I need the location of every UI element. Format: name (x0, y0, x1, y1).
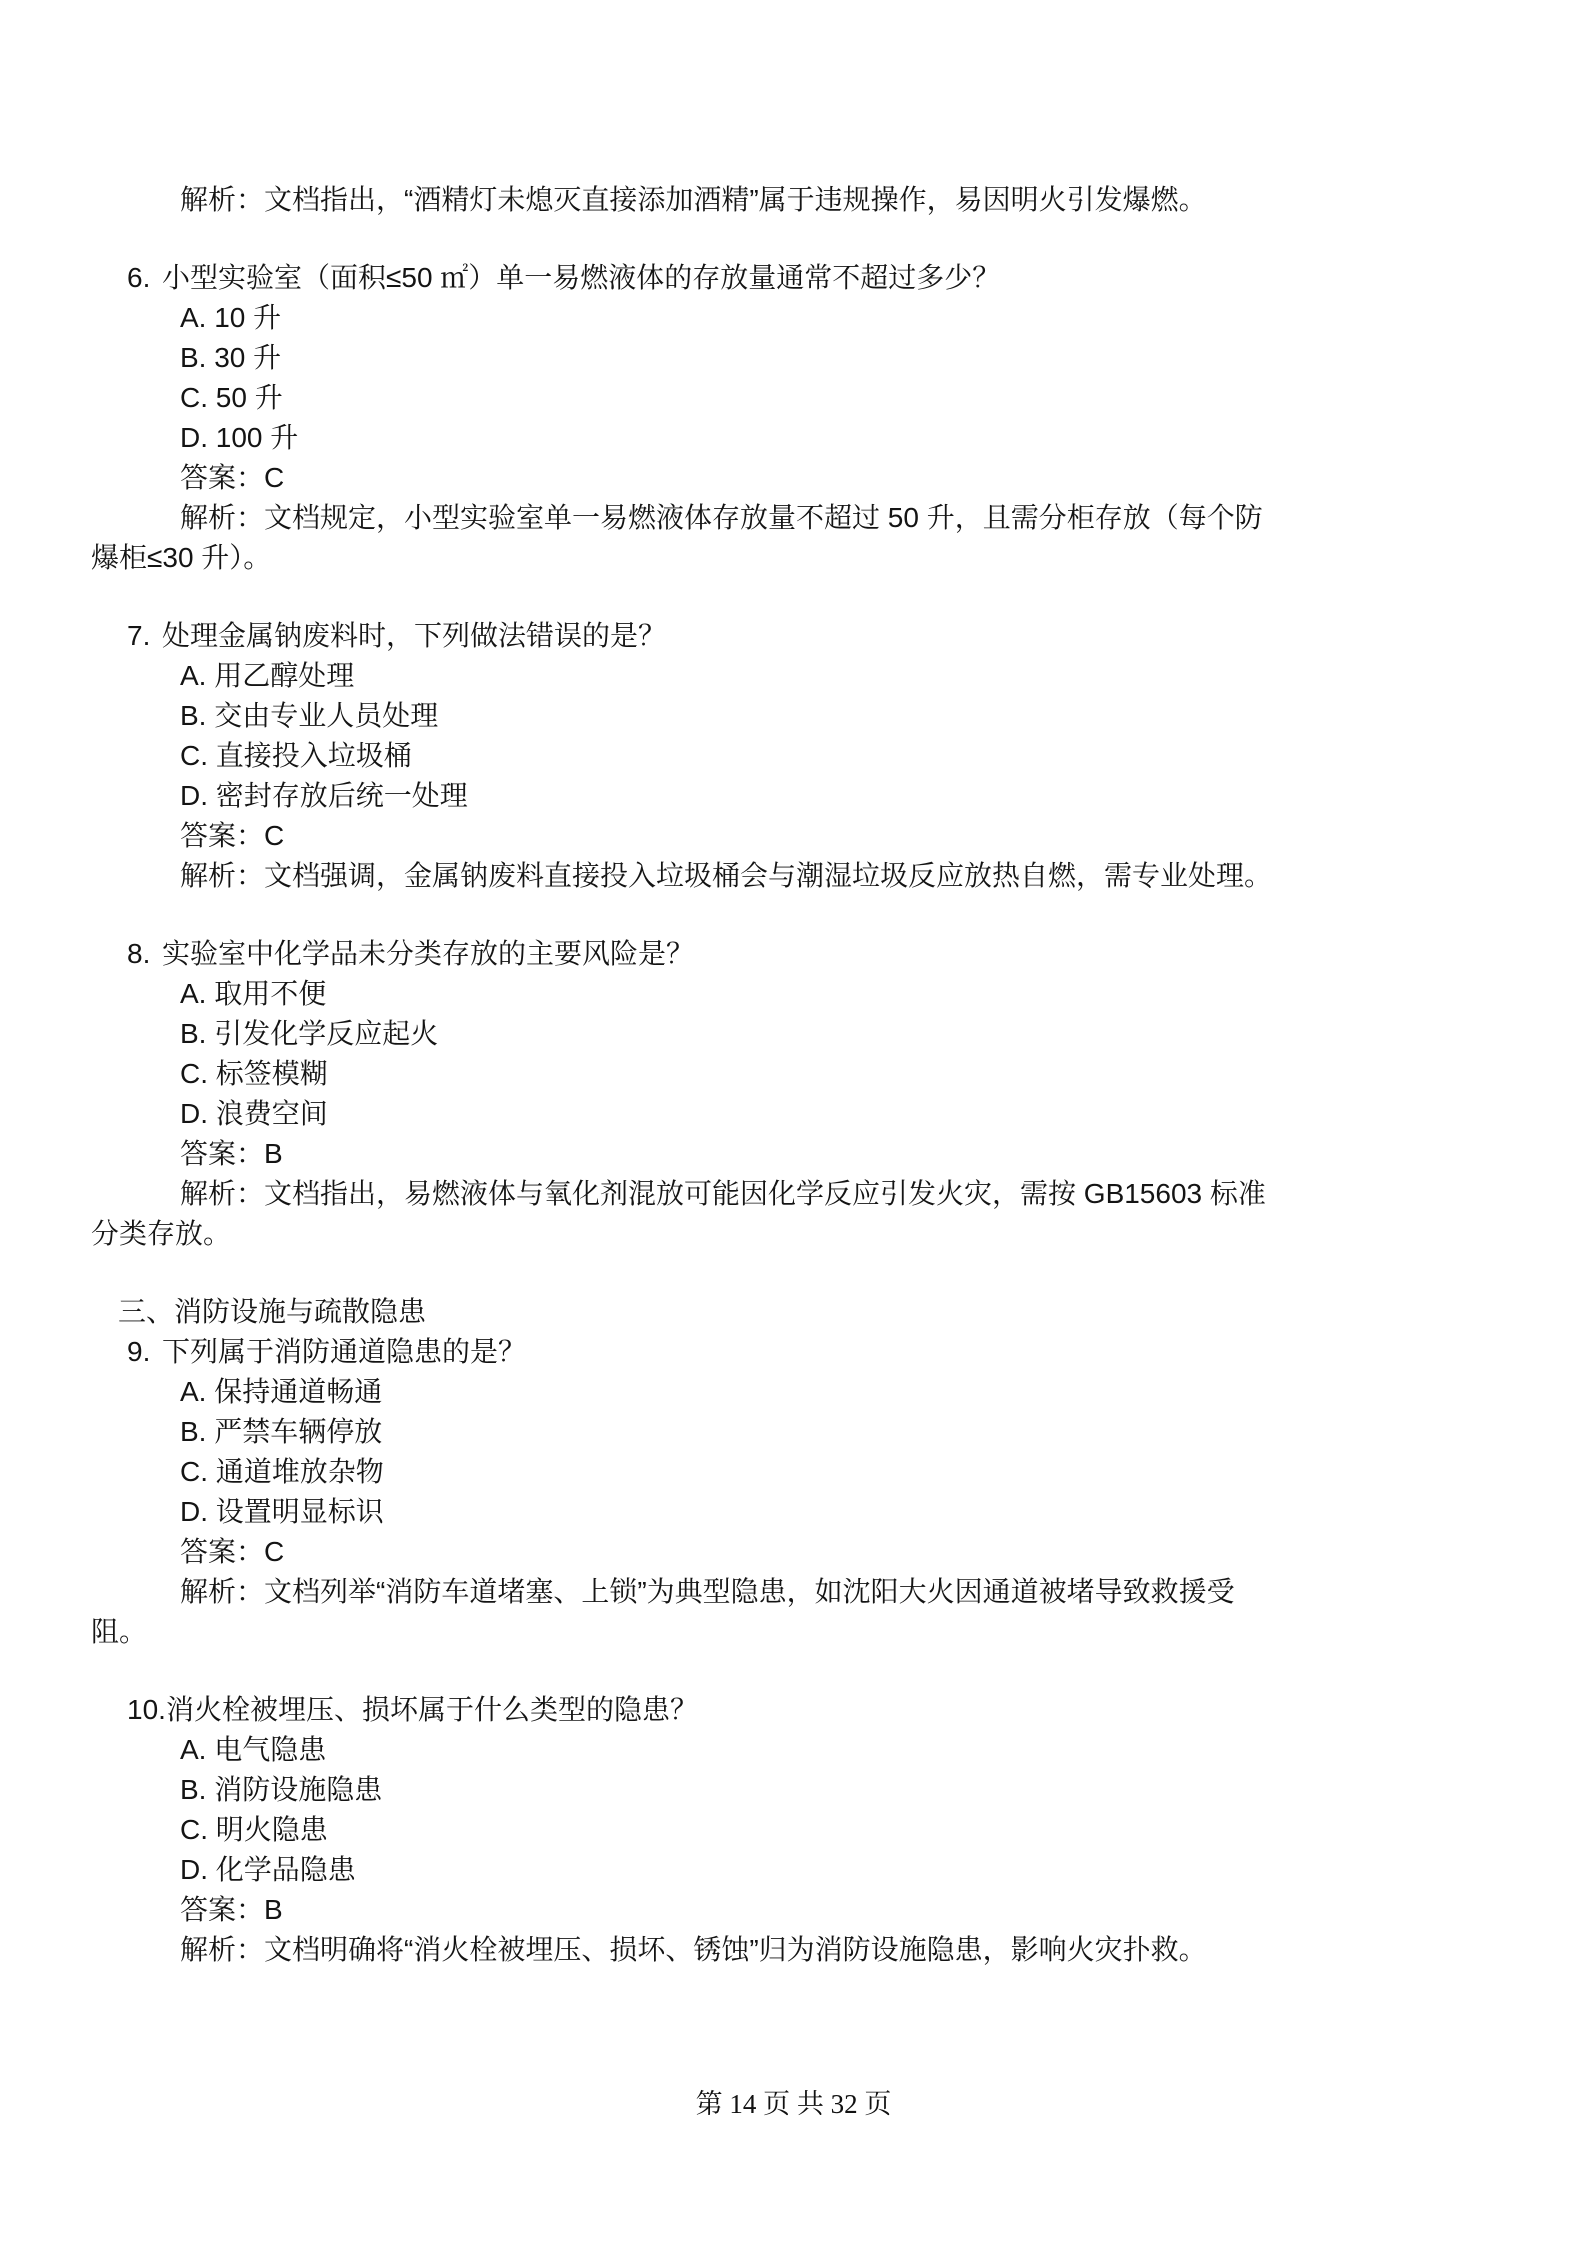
option-c: C. 标签模糊 (91, 1054, 1365, 1094)
option-a: A. 保持通道畅通 (91, 1372, 1365, 1412)
analysis-line: 阻。 (91, 1612, 1365, 1652)
document-page: 解析：文档指出，“酒精灯未熄灭直接添加酒精”属于违规操作，易因明火引发爆燃。 6… (0, 0, 1587, 2245)
analysis-line: 解析：文档明确将“消火栓被埋压、损坏、锈蚀”归为消防设施隐患，影响火灾扑救。 (91, 1930, 1365, 1970)
option-d: D. 化学品隐患 (91, 1850, 1365, 1890)
answer-line: 答案：C (91, 816, 1365, 856)
analysis-line: 解析：文档规定，小型实验室单一易燃液体存放量不超过 50 升，且需分柜存放（每个… (91, 498, 1365, 538)
question-line: 10.消火栓被埋压、损坏属于什么类型的隐患？ (91, 1690, 1365, 1730)
question-line: 6.小型实验室（面积≤50 ㎡）单一易燃液体的存放量通常不超过多少？ (91, 258, 1365, 298)
option-d: D. 浪费空间 (91, 1094, 1365, 1134)
analysis-line: 解析：文档强调，金属钠废料直接投入垃圾桶会与潮湿垃圾反应放热自燃，需专业处理。 (91, 856, 1365, 896)
analysis-line: 解析：文档指出，易燃液体与氧化剂混放可能因化学反应引发火灾，需按 GB15603… (91, 1174, 1365, 1214)
option-b: B. 引发化学反应起火 (91, 1014, 1365, 1054)
analysis-line: 爆柜≤30 升）。 (91, 538, 1365, 578)
question-block-8: 8.实验室中化学品未分类存放的主要风险是？ A. 取用不便 B. 引发化学反应起… (91, 934, 1365, 1254)
option-c: C. 通道堆放杂物 (91, 1452, 1365, 1492)
answer-line: 答案：C (91, 1532, 1365, 1572)
question-number: 9. (127, 1332, 162, 1372)
option-b: B. 30 升 (91, 338, 1365, 378)
option-a: A. 用乙醇处理 (91, 656, 1365, 696)
question-block-10: 10.消火栓被埋压、损坏属于什么类型的隐患？ A. 电气隐患 B. 消防设施隐患… (91, 1690, 1365, 1970)
question-text: 实验室中化学品未分类存放的主要风险是？ (162, 938, 694, 969)
analysis-line: 解析：文档列举“消防车道堵塞、上锁”为典型隐患，如沈阳大火因通道被堵导致救援受 (91, 1572, 1365, 1612)
answer-line: 答案：B (91, 1134, 1365, 1174)
answer-line: 答案：C (91, 458, 1365, 498)
option-d: D. 设置明显标识 (91, 1492, 1365, 1532)
option-d: D. 100 升 (91, 418, 1365, 458)
option-c: C. 50 升 (91, 378, 1365, 418)
option-c: C. 直接投入垃圾桶 (91, 736, 1365, 776)
question-block-6: 6.小型实验室（面积≤50 ㎡）单一易燃液体的存放量通常不超过多少？ A. 10… (91, 258, 1365, 578)
option-b: B. 严禁车辆停放 (91, 1412, 1365, 1452)
question-number: 10. (127, 1690, 166, 1730)
question-number: 8. (127, 934, 162, 974)
question-text: 下列属于消防通道隐患的是？ (162, 1336, 526, 1367)
option-a: A. 电气隐患 (91, 1730, 1365, 1770)
option-a: A. 取用不便 (91, 974, 1365, 1014)
option-c: C. 明火隐患 (91, 1810, 1365, 1850)
question-line: 9.下列属于消防通道隐患的是？ (91, 1332, 1365, 1372)
page-content: 解析：文档指出，“酒精灯未熄灭直接添加酒精”属于违规操作，易因明火引发爆燃。 6… (91, 180, 1365, 1970)
option-b: B. 交由专业人员处理 (91, 696, 1365, 736)
option-b: B. 消防设施隐患 (91, 1770, 1365, 1810)
analysis-paragraph-q5: 解析：文档指出，“酒精灯未熄灭直接添加酒精”属于违规操作，易因明火引发爆燃。 (91, 180, 1365, 220)
question-text: 处理金属钠废料时，下列做法错误的是？ (162, 620, 666, 651)
question-block-9: 9.下列属于消防通道隐患的是？ A. 保持通道畅通 B. 严禁车辆停放 C. 通… (91, 1332, 1365, 1652)
analysis-line: 分类存放。 (91, 1214, 1365, 1254)
question-number: 7. (127, 616, 162, 656)
section-heading: 三、消防设施与疏散隐患 (91, 1292, 1365, 1332)
question-text: 消火栓被埋压、损坏属于什么类型的隐患？ (166, 1694, 698, 1725)
option-d: D. 密封存放后统一处理 (91, 776, 1365, 816)
page-number-footer: 第 14 页 共 32 页 (0, 2082, 1587, 2121)
question-text: 小型实验室（面积≤50 ㎡）单一易燃液体的存放量通常不超过多少？ (162, 262, 1000, 293)
question-line: 8.实验室中化学品未分类存放的主要风险是？ (91, 934, 1365, 974)
question-number: 6. (127, 258, 162, 298)
option-a: A. 10 升 (91, 298, 1365, 338)
answer-line: 答案：B (91, 1890, 1365, 1930)
question-block-7: 7.处理金属钠废料时，下列做法错误的是？ A. 用乙醇处理 B. 交由专业人员处… (91, 616, 1365, 896)
question-line: 7.处理金属钠废料时，下列做法错误的是？ (91, 616, 1365, 656)
